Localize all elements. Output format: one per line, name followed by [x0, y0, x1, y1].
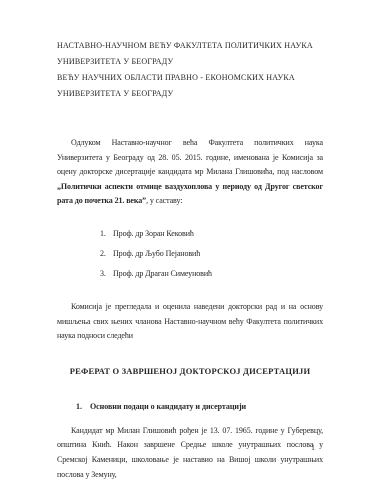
committee-member-3: 3.Проф. др Драган Симеуновић	[100, 267, 323, 280]
list-number-3: 3.	[100, 267, 113, 280]
member-name-1: Проф. др Зоран Кековић	[113, 229, 194, 238]
report-title: РЕФЕРАТ О ЗАВРШЕНОЈ ДОКТОРСКОЈ ДИСЕРТАЦИ…	[57, 366, 323, 376]
committee-list: 1.Проф. др Зоран Кековић 2.Проф. др Љубо…	[100, 227, 323, 280]
addressee-line-1: НАСТАВНО-НАУЧНОМ ВЕЋУ ФАКУЛТЕТА ПОЛИТИЧК…	[57, 38, 323, 54]
intro-text-before: Одлуком Наставно-научног већа Факултета …	[57, 138, 323, 176]
committee-member-2: 2.Проф. др Љубо Пејановић	[100, 247, 323, 260]
member-name-3: Проф. др Драган Симеуновић	[113, 269, 212, 278]
section-1-number: 1.	[76, 402, 90, 411]
member-name-2: Проф. др Љубо Пејановић	[113, 249, 200, 258]
candidate-paragraph: Кандидат мр Милан Глишовић рођен је 13. …	[57, 424, 323, 480]
intro-text-after: , у саставу:	[146, 196, 182, 205]
list-number-1: 1.	[100, 227, 113, 240]
page-number: 1	[311, 443, 315, 452]
section-1-title: Основни подаци о кандидату и дисертацији	[90, 402, 246, 411]
addressee-line-2: УНИВЕРЗИТЕТА У БЕОГРАДУ	[57, 54, 323, 70]
list-number-2: 2.	[100, 247, 113, 260]
document-page: НАСТАВНО-НАУЧНОМ ВЕЋУ ФАКУЛТЕТА ПОЛИТИЧК…	[0, 0, 370, 480]
document-header: НАСТАВНО-НАУЧНОМ ВЕЋУ ФАКУЛТЕТА ПОЛИТИЧК…	[57, 38, 323, 102]
dissertation-title: „Политички аспекти отмице ваздухоплова у…	[57, 182, 323, 206]
section-1-heading: 1.Основни подаци о кандидату и дисертаци…	[76, 402, 323, 411]
addressee-line-3: ВЕЋУ НАУЧНИХ ОБЛАСТИ ПРАВНО - ЕКОНОМСКИХ…	[57, 70, 323, 86]
committee-member-1: 1.Проф. др Зоран Кековић	[100, 227, 323, 240]
addressee-line-4: УНИВЕРЗИТЕТА У БЕОГРАДУ	[57, 86, 323, 102]
commission-paragraph: Комисија је прегледала и оценила наведен…	[57, 300, 323, 344]
intro-paragraph: Одлуком Наставно-научног већа Факултета …	[57, 136, 323, 209]
